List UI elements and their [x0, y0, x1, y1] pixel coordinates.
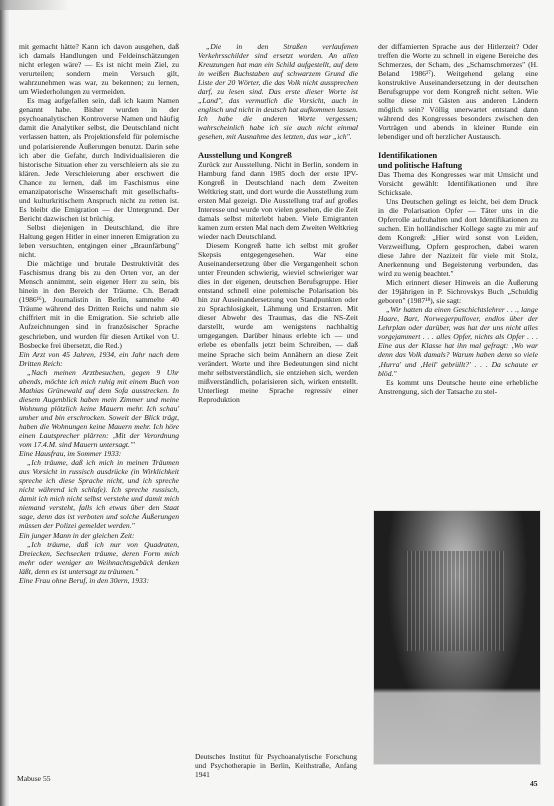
section-heading-identifikationen: Identifikationen und politische Haftung: [378, 150, 538, 170]
text-column-2: „Die in den Straßen verlaufenen Verkehrs…: [198, 42, 358, 404]
paragraph: „Ich träume, daß ich nur von Quadraten, …: [19, 540, 179, 576]
paragraph: „Wir hatten da einen Geschichtslehrer . …: [378, 305, 538, 377]
paragraph: Mich erinnert dieser Hinweis an die Äuße…: [378, 278, 538, 305]
paragraph: mit gemacht hätte? Kann ich davon ausgeh…: [19, 42, 179, 96]
paragraph: Eine Frau ohne Beruf, in den 30ern, 1933…: [19, 576, 179, 585]
text-column-3: der diffamierten Sprache aus der Hitlerz…: [378, 42, 538, 396]
paragraph: Zurück zur Ausstellung. Nicht in Berlin,…: [198, 160, 358, 241]
paragraph: „Die in den Straßen verlaufenen Verkehrs…: [198, 42, 358, 142]
page-number: 45: [530, 779, 538, 788]
paragraph: Diesem Kongreß hatte ich selbst mit groß…: [198, 241, 358, 404]
paragraph: der diffamierten Sprache aus der Hitlerz…: [378, 42, 538, 142]
paragraph: Die mächtige und brutale Destruktivität …: [19, 259, 179, 349]
paragraph: Ein Arzt von 45 Jahren, 1934, ein Jahr n…: [19, 350, 179, 368]
heading-line-2: und politische Haftung: [378, 160, 462, 170]
scan-shadow: [0, 0, 70, 10]
paragraph: Uns Deutschen gelingt es leicht, bei dem…: [378, 197, 538, 278]
photo-building-detail: [404, 551, 504, 651]
paragraph: Das Thema des Kongresses war mit Umsicht…: [378, 170, 538, 197]
paragraph: „Nach meinen Arztbesuchen, gegen 9 Uhr a…: [19, 368, 179, 449]
paragraph: „Ich träume, daß ich mich in meinen Träu…: [19, 458, 179, 530]
text-column-1: mit gemacht hätte? Kann ich davon ausgeh…: [19, 42, 179, 585]
paragraph: Ein junger Mann in der gleichen Zeit:: [19, 531, 179, 540]
paragraph: Es kommt uns Deutsche heute eine erhebli…: [378, 378, 538, 396]
paragraph: Eine Hausfrau, im Sommer 1933:: [19, 449, 179, 458]
historical-photo-institute-building: [373, 510, 541, 765]
paragraph: Selbst diejenigen in Deutschland, die ih…: [19, 223, 179, 259]
paragraph: Es mag aufgefallen sein, daß ich kaum Na…: [19, 96, 179, 223]
journal-footer: Mabuse 55: [17, 774, 51, 783]
page-binding-edge: [0, 0, 9, 806]
photo-caption: Deutsches Institut für Psychoanalytische…: [195, 752, 357, 779]
heading-line-1: Identifikationen: [378, 150, 437, 160]
section-heading-ausstellung: Ausstellung und Kongreß: [198, 150, 358, 160]
